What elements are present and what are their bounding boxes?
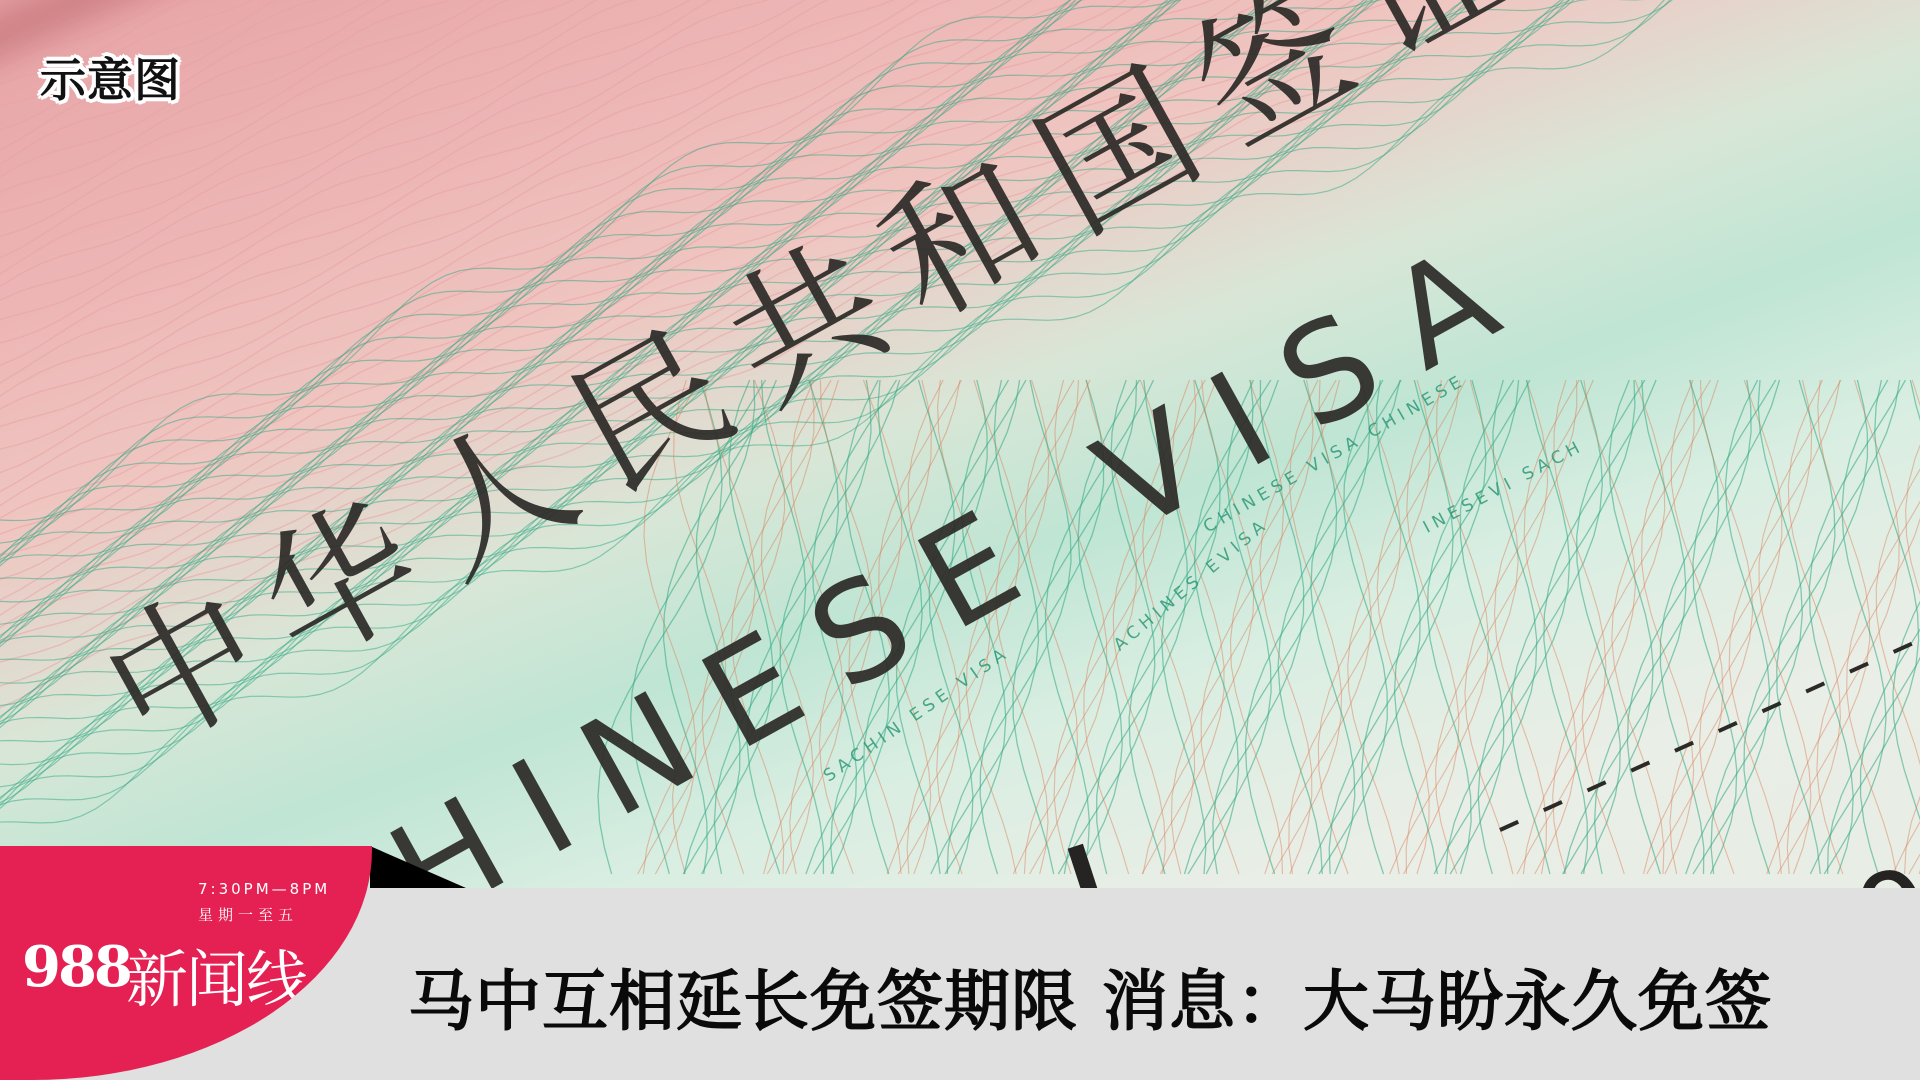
schedule-time: 7:30PM—8PM	[198, 880, 330, 898]
program-logo-name: 新闻线	[126, 930, 306, 1019]
illustration-label: 示意图	[40, 44, 181, 110]
news-headline: 马中互相延长免签期限 消息：大马盼永久免签	[408, 962, 1772, 1042]
program-logo-number: 988	[22, 934, 130, 1000]
schedule-days: 星期一至五	[198, 904, 298, 925]
lower-third: 7:30PM—8PM 星期一至五 988 新闻线 马中互相延长免签期限 消息：大…	[0, 846, 1920, 1080]
decorative-wedge	[370, 846, 466, 888]
broadcast-frame: 中华人民共和国签证 CHINESE VISA CHINESE VISA CHIN…	[0, 0, 1920, 1080]
